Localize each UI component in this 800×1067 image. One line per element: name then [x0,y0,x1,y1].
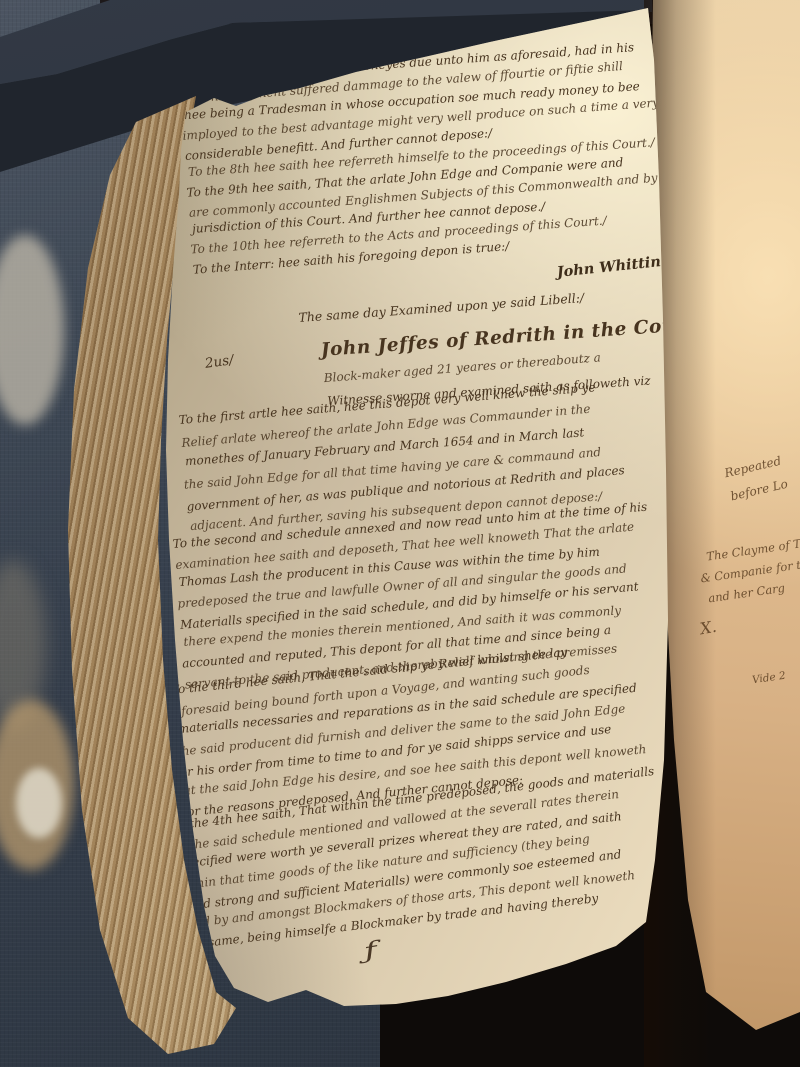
bottom-flourish-mark: ƒ [362,938,379,965]
manuscript-photo: Repeated before Lo The Clayme of T & Com… [0,0,800,1067]
session-heading: The same day Examined upon ye said Libel… [298,290,585,325]
page-fragment-highlight [16,768,62,838]
facing-page-paraph-mark: X. [698,617,718,639]
margin-article-number: 2us/ [204,352,235,372]
